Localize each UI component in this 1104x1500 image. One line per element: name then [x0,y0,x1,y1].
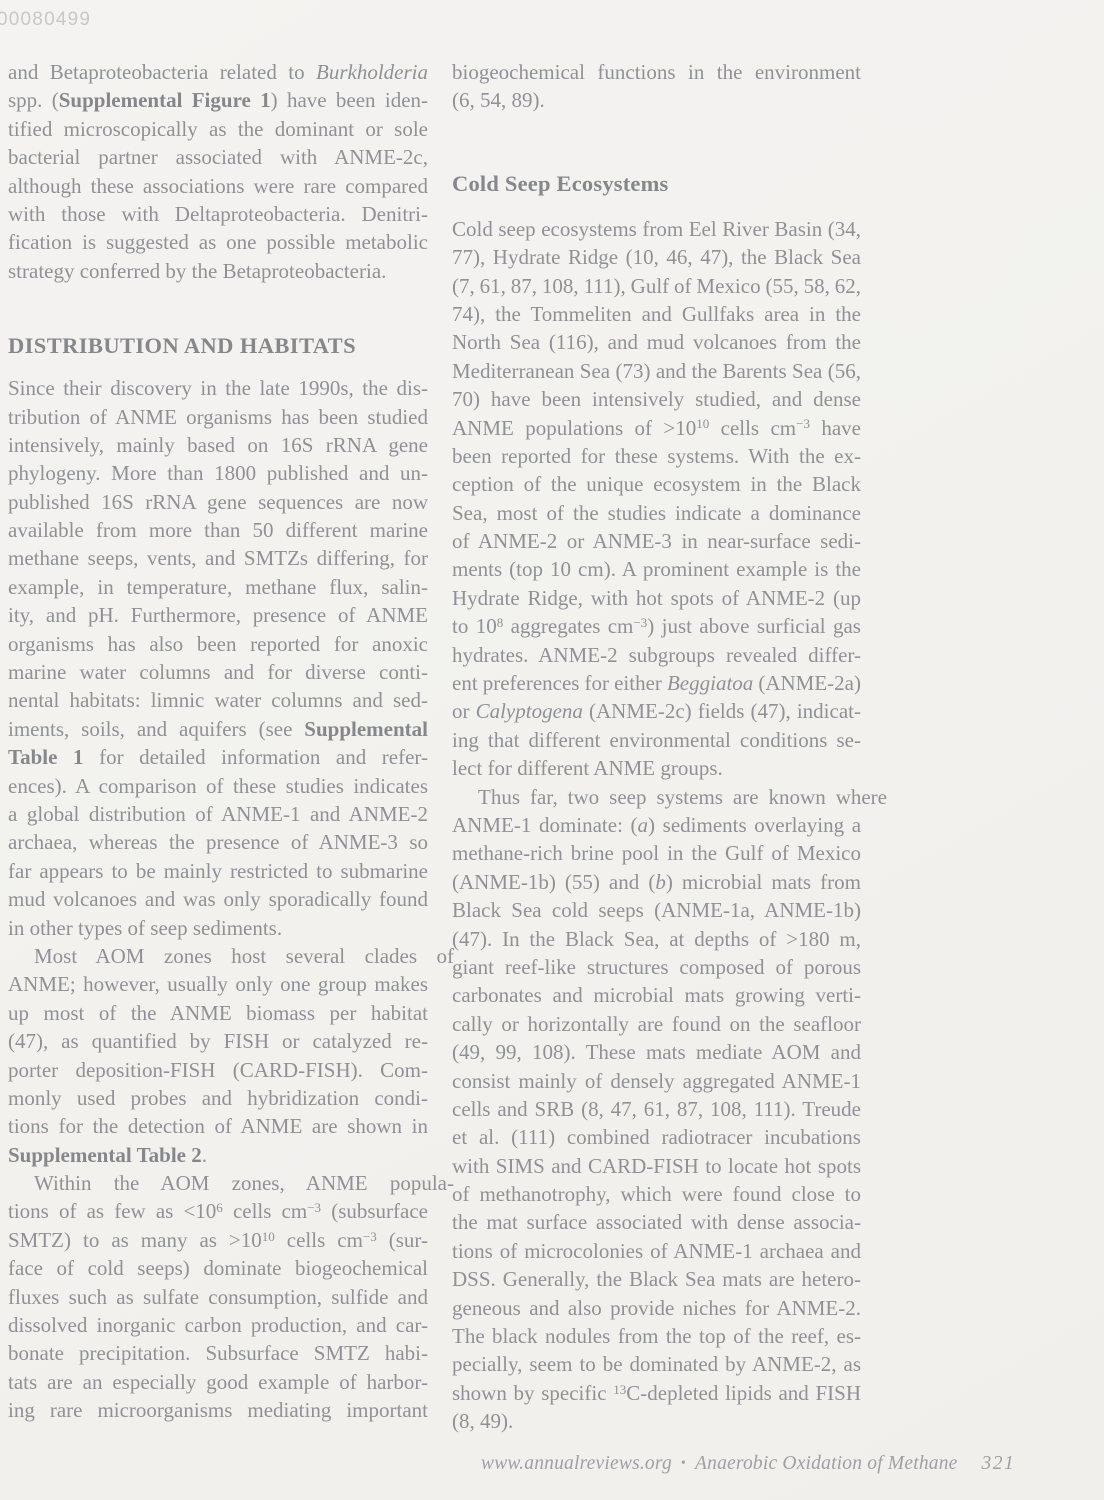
text-line: dissolved inorganic carbon production, a… [8,1311,428,1339]
subsection-heading: Cold Seep Ecosystems [452,169,861,199]
text-line: organisms has also been reported for ano… [8,630,428,658]
text-line: consist mainly of densely aggregated ANM… [452,1067,861,1095]
text-line: up most of the ANME biomass per habitat [8,999,428,1027]
text-line: methane seeps, vents, and SMTZs differin… [8,544,428,572]
text-line: hydrates. ANME-2 subgroups revealed diff… [452,641,861,669]
paragraph: and Betaproteobacteria related to Burkho… [8,58,428,285]
right-column: biogeochemical functions in the environm… [452,58,861,1436]
text-line: ences). A comparison of these studies in… [8,772,428,800]
text-line: or Calyptogena (ANME-2c) fields (47), in… [452,697,861,725]
text-line: SMTZ) to as many as >1010 cells cm−3 (su… [8,1226,428,1254]
paragraph: biogeochemical functions in the environm… [452,58,861,115]
text-line: shown by specific 13C-depleted lipids an… [452,1379,861,1407]
text-line: marine water columns and for diverse con… [8,658,428,686]
text-line: fluxes such as sulfate consumption, sulf… [8,1283,428,1311]
text-line: (47), as quantified by FISH or catalyzed… [8,1027,428,1055]
text-line: ing that different environmental conditi… [452,726,861,754]
text-line: ANME; however, usually only one group ma… [8,970,428,998]
text-line: (6, 54, 89). [452,86,861,114]
text-line: geneous and also provide niches for ANME… [452,1294,861,1322]
text-line: giant reef-like structures composed of p… [452,953,861,981]
text-line: intensively, mainly based on 16S rRNA ge… [8,431,428,459]
section-heading: DISTRIBUTION AND HABITATS [8,331,428,361]
left-column: and Betaproteobacteria related to Burkho… [8,58,428,1425]
text-line: been reported for these systems. With th… [452,442,861,470]
text-line: (8, 49). [452,1407,861,1435]
text-line: tats are an especially good example of h… [8,1368,428,1396]
text-line: 70) have been intensively studied, and d… [452,385,861,413]
text-line: phylogeny. More than 1800 published and … [8,459,428,487]
text-line: biogeochemical functions in the environm… [452,58,861,86]
text-line: methane-rich brine pool in the Gulf of M… [452,839,861,867]
text-line: et al. (111) combined radiotracer incuba… [452,1123,861,1151]
text-line: bonate precipitation. Subsurface SMTZ ha… [8,1339,428,1367]
paragraph: Thus far, two seep systems are known whe… [452,783,861,1436]
text-line: spp. (Supplemental Figure 1) have been i… [8,86,428,114]
footer-url: www.annualreviews.org [481,1453,672,1474]
scanned-paper-page: { "scan_number": "00080499", "colors": {… [0,0,1104,1500]
text-line: nental habitats: limnic water columns an… [8,686,428,714]
text-line: Most AOM zones host several clades of [8,942,428,970]
paragraph: Within the AOM zones, ANME popula-tions … [8,1169,428,1425]
text-line: mud volcanoes and was only sporadically … [8,885,428,913]
text-line: of methanotrophy, which were found close… [452,1180,861,1208]
text-line: tions of as few as <106 cells cm−3 (subs… [8,1197,428,1225]
text-line: (ANME-1b) (55) and (b) microbial mats fr… [452,868,861,896]
text-line: and Betaproteobacteria related to Burkho… [8,58,428,86]
text-line: in other types of seep sediments. [8,914,428,942]
text-line: published 16S rRNA gene sequences are no… [8,488,428,516]
text-line: ments (top 10 cm). A prominent example i… [452,555,861,583]
text-line: Sea, most of the studies indicate a domi… [452,499,861,527]
text-line: Within the AOM zones, ANME popula- [8,1169,428,1197]
text-line: DSS. Generally, the Black Sea mats are h… [452,1265,861,1293]
text-line: archaea, whereas the presence of ANME-3 … [8,828,428,856]
text-line: with SIMS and CARD-FISH to locate hot sp… [452,1152,861,1180]
text-line: although these associations were rare co… [8,172,428,200]
text-line: ANME populations of >1010 cells cm−3 hav… [452,414,861,442]
text-line: lect for different ANME groups. [452,754,861,782]
text-line: porter deposition-FISH (CARD-FISH). Com- [8,1056,428,1084]
text-line: tified microscopically as the dominant o… [8,115,428,143]
text-line: 74), the Tommeliten and Gullfaks area in… [452,300,861,328]
text-line: pecially, seem to be dominated by ANME-2… [452,1350,861,1378]
text-line: Table 1 for detailed information and ref… [8,743,428,771]
text-line: ity, and pH. Furthermore, presence of AN… [8,601,428,629]
footer-bullet-icon: • [681,1455,686,1471]
text-line: tions for the detection of ANME are show… [8,1112,428,1140]
text-line: Cold seep ecosystems from Eel River Basi… [452,215,861,243]
text-line: tions of microcolonies of ANME-1 archaea… [452,1237,861,1265]
text-line: cells and SRB (8, 47, 61, 87, 108, 111).… [452,1095,861,1123]
text-line: Since their discovery in the late 1990s,… [8,374,428,402]
text-line: (7, 61, 87, 108, 111), Gulf of Mexico (5… [452,272,861,300]
text-line: with those with Deltaproteobacteria. Den… [8,200,428,228]
text-line: the mat surface associated with dense as… [452,1208,861,1236]
text-line: North Sea (116), and mud volcanoes from … [452,328,861,356]
text-line: face of cold seeps) dominate biogeochemi… [8,1254,428,1282]
text-line: ent preferences for either Beggiatoa (AN… [452,669,861,697]
text-line: Thus far, two seep systems are known whe… [452,783,861,811]
text-line: cally or horizontally are found on the s… [452,1010,861,1038]
text-line: iments, soils, and aquifers (see Supplem… [8,715,428,743]
text-line: a global distribution of ANME-1 and ANME… [8,800,428,828]
text-line: Supplemental Table 2. [8,1141,428,1169]
text-line: bacterial partner associated with ANME-2… [8,143,428,171]
text-line: example, in temperature, methane flux, s… [8,573,428,601]
text-line: ing rare microorganisms mediating import… [8,1396,428,1424]
text-line: far appears to be mainly restricted to s… [8,857,428,885]
page-footer: www.annualreviews.org•Anaerobic Oxidatio… [481,1452,1015,1477]
text-line: fication is suggested as one possible me… [8,228,428,256]
text-line: ANME-1 dominate: (a) sediments overlayin… [452,811,861,839]
text-line: strategy conferred by the Betaproteobact… [8,257,428,285]
text-line: 77), Hydrate Ridge (10, 46, 47), the Bla… [452,243,861,271]
text-line: monly used probes and hybridization cond… [8,1084,428,1112]
footer-article-title: Anaerobic Oxidation of Methane [695,1453,958,1474]
text-line: Black Sea cold seeps (ANME-1a, ANME-1b) [452,896,861,924]
text-line: (49, 99, 108). These mats mediate AOM an… [452,1038,861,1066]
text-line: available from more than 50 different ma… [8,516,428,544]
footer-page-number: 321 [982,1453,1016,1474]
paragraph: Since their discovery in the late 1990s,… [8,374,428,942]
text-line: ception of the unique ecosystem in the B… [452,470,861,498]
paragraph: Cold seep ecosystems from Eel River Basi… [452,215,861,783]
text-line: The black nodules from the top of the re… [452,1322,861,1350]
text-line: to 108 aggregates cm−3) just above surfi… [452,612,861,640]
paragraph: Most AOM zones host several clades ofANM… [8,942,428,1169]
text-line: Hydrate Ridge, with hot spots of ANME-2 … [452,584,861,612]
scan-number: 00080499 [0,9,91,31]
text-line: (47). In the Black Sea, at depths of >18… [452,925,861,953]
text-line: tribution of ANME organisms has been stu… [8,403,428,431]
text-line: of ANME-2 or ANME-3 in near-surface sedi… [452,527,861,555]
text-line: carbonates and microbial mats growing ve… [452,981,861,1009]
text-line: Mediterranean Sea (73) and the Barents S… [452,357,861,385]
